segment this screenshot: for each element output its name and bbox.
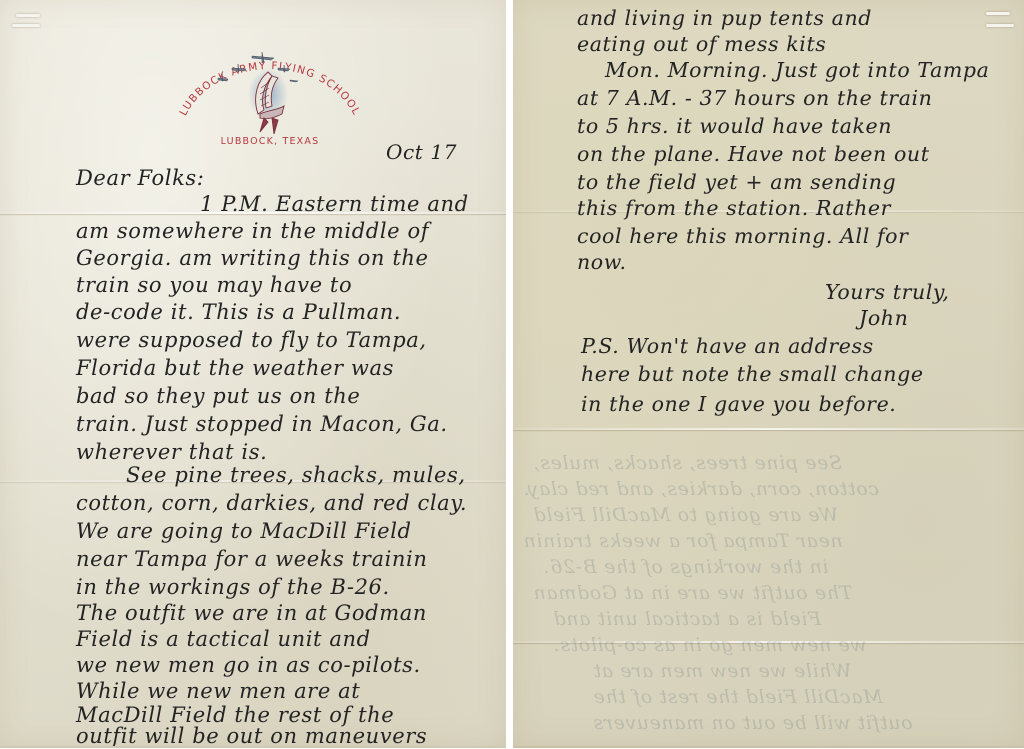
- letter-line: now.: [577, 250, 627, 274]
- letter-line: de-code it. This is a Pullman.: [76, 300, 401, 324]
- postscript-line: P.S. Won't have an address: [581, 334, 874, 358]
- letter-salutation: Dear Folks:: [76, 166, 204, 190]
- letter-line: bad so they put us on the: [76, 384, 360, 408]
- letter-line: wherever that is.: [76, 440, 267, 464]
- letter-line: See pine trees, shacks, mules,: [126, 463, 466, 487]
- letter-closing: Yours truly,: [825, 280, 950, 304]
- letter-line: outfit will be out on maneuvers: [76, 724, 427, 748]
- letter-line: at 7 A.M. - 37 hours on the train: [577, 86, 932, 110]
- letter-line: The outfit we are in at Godman: [76, 601, 427, 625]
- bleed-line: The outfit we are in at Godman: [533, 582, 852, 604]
- letter-signature: John: [859, 306, 908, 330]
- letter-line: in the workings of the B-26.: [76, 575, 390, 599]
- postscript-line: here but note the small change: [581, 362, 924, 386]
- letter-line: train so you may have to: [76, 273, 352, 297]
- letter-line: 1 P.M. Eastern time and: [200, 192, 469, 216]
- bleed-line: in the workings of the B-26.: [543, 556, 829, 578]
- paper-fold: [513, 428, 1024, 430]
- letter-page-2: See pine trees, shacks, mules, cotton, c…: [513, 0, 1024, 748]
- bleed-line: While we new men are at: [593, 660, 852, 682]
- letter-line: Mon. Morning. Just got into Tampa: [605, 58, 989, 82]
- letter-line: train. Just stopped in Macon, Ga.: [76, 412, 448, 436]
- bleed-line: cotton, corn, darkies, and red clay.: [523, 478, 879, 500]
- staple-mark: [986, 12, 1010, 15]
- letter-line: cool here this morning. All for: [577, 224, 909, 248]
- postscript-line: in the one I gave you before.: [581, 392, 896, 416]
- bleed-line: See pine trees, shacks, mules,: [533, 452, 842, 474]
- letter-line: Field is a tactical unit and: [76, 627, 371, 651]
- letter-date: Oct 17: [386, 140, 457, 164]
- staple-mark: [16, 14, 40, 17]
- letter-line: were supposed to fly to Tampa,: [76, 328, 427, 352]
- letter-line: on the plane. Have not been out: [577, 142, 930, 166]
- letter-line: and living in pup tents and: [577, 6, 872, 30]
- letter-line: near Tampa for a weeks trainin: [76, 547, 427, 571]
- letter-line: Georgia. am writing this on the: [76, 246, 429, 270]
- bleed-line: We are going to MacDill Field: [533, 504, 838, 526]
- letter-line: We are going to MacDill Field: [76, 519, 412, 543]
- bleed-line: near Tampa for a weeks trainin: [523, 530, 843, 552]
- letter-line: While we new men are at: [76, 679, 360, 703]
- bleed-line: MacDill Field the rest of the: [593, 686, 883, 708]
- letter-line: to the field yet + am sending: [577, 170, 896, 194]
- letter-line: eating out of mess kits: [577, 32, 826, 56]
- staple-mark: [986, 24, 1014, 27]
- bleed-line: we new men go in as co-pilots.: [553, 634, 867, 656]
- letter-line: we new men go in as co-pilots.: [76, 653, 421, 677]
- letter-line: this from the station. Rather: [577, 196, 891, 220]
- bleed-line: outfit will be out on maneuvers: [593, 712, 913, 734]
- letter-line: am somewhere in the middle of: [76, 219, 429, 243]
- letter-line: Florida but the weather was: [76, 356, 394, 380]
- letter-line: cotton, corn, darkies, and red clay.: [76, 491, 467, 515]
- bleed-line: Field is a tactical unit and: [553, 608, 821, 630]
- letter-page-1: LUBBOCK ARMY FLYING SCHOOL: [0, 0, 506, 748]
- staple-mark: [12, 24, 40, 27]
- letterhead: LUBBOCK ARMY FLYING SCHOOL: [160, 18, 380, 158]
- letterhead-location: LUBBOCK, TEXAS: [160, 136, 380, 147]
- letter-line: to 5 hrs. it would have taken: [577, 114, 892, 138]
